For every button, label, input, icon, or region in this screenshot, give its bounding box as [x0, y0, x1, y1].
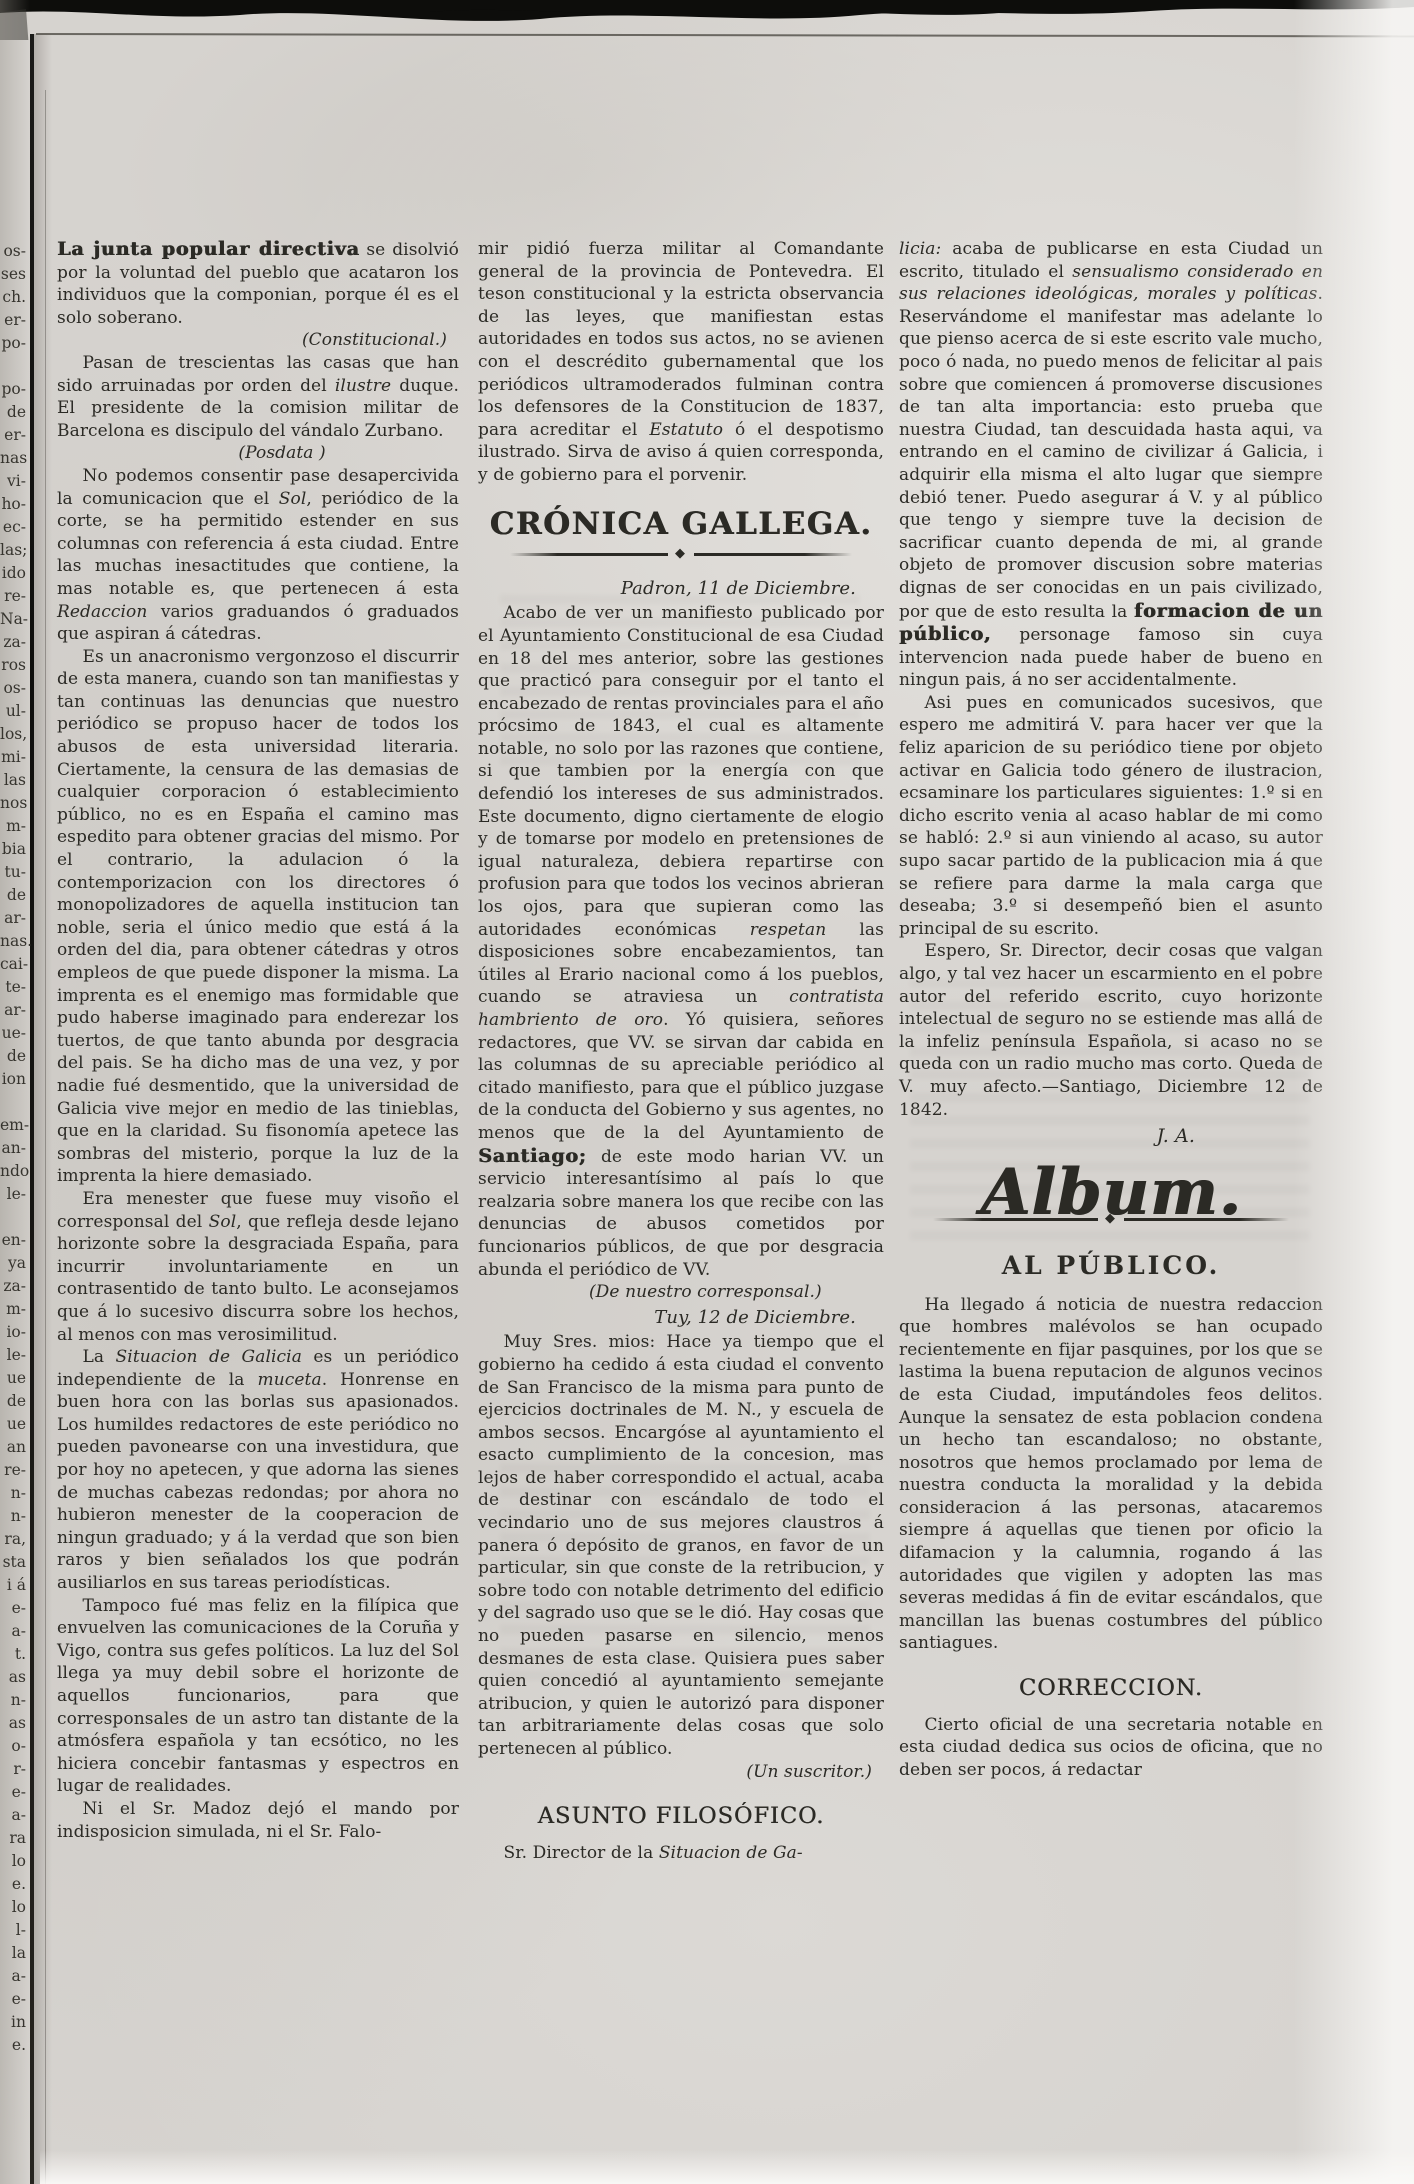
cut-off-text-fragment: io- — [0, 1321, 26, 1344]
cut-off-text-fragment: vi- — [0, 470, 26, 493]
cut-off-text-fragment: re- — [0, 1459, 26, 1482]
cut-off-text-fragment: m- — [0, 815, 26, 838]
cut-off-text-fragment: nos — [0, 792, 26, 815]
cut-off-text-fragment: ar- — [0, 907, 26, 930]
cut-off-text-fragment: las — [0, 769, 26, 792]
cut-off-text-fragment: po- — [0, 378, 26, 401]
cut-off-text-fragment: en- — [0, 1229, 26, 1252]
cut-off-text-fragment: r- — [0, 1758, 26, 1781]
text-run: La — [83, 1347, 116, 1367]
paragraph: Tampoco fué mas feliz en la filípica que… — [57, 1595, 459, 1798]
cut-off-text-fragment: n- — [0, 1505, 26, 1528]
text-run: Sol — [209, 1212, 237, 1232]
cut-off-text-fragment: bia — [0, 838, 26, 861]
newspaper-page-scan: os-sesch.er-po- po-deer-nasvi-ho-ec-las;… — [0, 0, 1414, 2184]
cut-off-text-fragment: le- — [0, 1183, 26, 1206]
text-run: Muy Sres. mios: Hace ya tiempo que el go… — [478, 1332, 884, 1759]
text-run: respetan — [750, 920, 827, 940]
cut-off-text-fragment: e. — [0, 1873, 26, 1896]
text-run: Es un anacronismo vergonzoso el discurri… — [57, 647, 459, 1187]
paragraph: La Situacion de Galicia es un periódico … — [57, 1346, 459, 1595]
cut-off-text-fragment: mi- — [0, 746, 26, 769]
cut-off-text-fragment: e- — [0, 1988, 26, 2011]
text-run: . Reservándome el manifestar mas adelant… — [899, 284, 1323, 621]
cut-off-text-fragment: ion — [0, 1068, 26, 1091]
cut-off-text-fragment: e. — [0, 2034, 26, 2057]
paragraph: No podemos consentir pase desapercivida … — [57, 465, 459, 646]
text-run: Sr. Director de la — [504, 1843, 659, 1863]
text-run: Ha llegado á noticia de nuestra redaccio… — [899, 1295, 1323, 1654]
cut-off-text-fragment: ul- — [0, 700, 26, 723]
paragraph: Ha llegado á noticia de nuestra redaccio… — [899, 1294, 1323, 1656]
cut-off-text-fragment: er- — [0, 424, 26, 447]
cut-off-text-fragment — [0, 355, 26, 378]
text-run: . Honrense en buen hora con las borlas s… — [57, 1370, 459, 1593]
text-run: licia: — [899, 239, 941, 259]
cut-off-text-fragment: ra — [0, 1827, 26, 1850]
cut-off-text-fragment: ue — [0, 1413, 26, 1436]
column-3: licia: acaba de publicarse en esta Ciuda… — [899, 238, 1323, 1781]
signature: J. A. — [899, 1125, 1323, 1148]
cut-off-text-fragment: an — [0, 1436, 26, 1459]
text-run: mir pidió fuerza militar al Comandante g… — [478, 239, 884, 440]
margin-fragments: os-sesch.er-po- po-deer-nasvi-ho-ec-las;… — [0, 240, 26, 2057]
cut-off-text-fragment: za- — [0, 1275, 26, 1298]
cut-off-text-fragment: cai- — [0, 953, 26, 976]
cut-off-text-fragment: m- — [0, 1298, 26, 1321]
text-run: Santiago; — [478, 1145, 587, 1167]
cut-off-text-fragment: i á — [0, 1574, 26, 1597]
cut-off-text-fragment: za- — [0, 631, 26, 654]
divider-line — [933, 1218, 1098, 1220]
text-run: (De nuestro corresponsal.) — [589, 1282, 822, 1302]
ornament-glyph: ◆ — [1098, 1208, 1124, 1231]
cut-off-text-fragment — [0, 1206, 26, 1229]
attribution: (Posdata ) — [57, 442, 459, 465]
cut-off-text-fragment — [0, 1091, 26, 1114]
text-run: Padron, 11 de Diciembre. — [621, 578, 856, 599]
text-run: Redaccion — [57, 602, 147, 622]
paragraph: Espero, Sr. Director, decir cosas que va… — [899, 940, 1323, 1121]
right-page-edge-highlight — [1294, 0, 1414, 2184]
text-run: Asi pues en comunicados sucesivos, que e… — [899, 693, 1323, 939]
text-run: muceta — [257, 1370, 321, 1390]
paragraph: Era menester que fuese muy visoño el cor… — [57, 1188, 459, 1346]
cut-off-text-fragment: ndo — [0, 1160, 26, 1183]
cut-off-text-fragment: os- — [0, 677, 26, 700]
cut-off-text-fragment: as — [0, 1666, 26, 1689]
paragraph: Sr. Director de la Situacion de Ga- — [478, 1842, 884, 1865]
cut-off-text-fragment: ue — [0, 1367, 26, 1390]
cut-off-text-fragment: Na- — [0, 608, 26, 631]
text-run: ilustre — [335, 376, 391, 396]
text-run: J. A. — [1157, 1125, 1195, 1147]
cut-off-text-fragment: de — [0, 1390, 26, 1413]
text-run: Ni el Sr. Madoz dejó el mando por indisp… — [57, 1799, 459, 1842]
cut-off-text-fragment: ch. — [0, 286, 26, 309]
binding-spine-shadow — [34, 34, 52, 2184]
paragraph: Cierto oficial de una secretaria notable… — [899, 1714, 1323, 1782]
text-run: (Un suscritor.) — [746, 1762, 872, 1782]
attribution: (Constitucional.) — [57, 329, 459, 352]
cut-off-text-fragment: lo — [0, 1850, 26, 1873]
cut-off-text-fragment: l- — [0, 1919, 26, 1942]
text-run: Cierto oficial de una secretaria notable… — [899, 1715, 1323, 1780]
cut-off-text-fragment: po- — [0, 332, 26, 355]
cut-off-text-fragment: te- — [0, 976, 26, 999]
cut-off-text-fragment: ra, — [0, 1528, 26, 1551]
cut-off-text-fragment: a- — [0, 1965, 26, 1988]
paragraph: Asi pues en comunicados sucesivos, que e… — [899, 692, 1323, 941]
cut-off-text-fragment: n- — [0, 1689, 26, 1712]
cut-off-text-fragment: ya — [0, 1252, 26, 1275]
cut-off-text-fragment: e- — [0, 1597, 26, 1620]
text-run: Tuy, 12 de Diciembre. — [654, 1307, 856, 1328]
text-run: Situacion de Galicia — [116, 1347, 302, 1367]
binding-spine-line — [30, 34, 34, 2184]
text-run: La junta popular directiva — [57, 238, 360, 260]
cut-off-text-fragment: in — [0, 2011, 26, 2034]
paragraph: licia: acaba de publicarse en esta Ciuda… — [899, 238, 1323, 692]
column-1: La junta popular directiva se disolvió p… — [57, 238, 459, 1843]
ornamental-divider: ◆ — [510, 543, 851, 566]
cut-off-text-fragment: t. — [0, 1643, 26, 1666]
text-run: ASUNTO FILOSÓFICO. — [538, 1803, 825, 1829]
cut-off-text-fragment: ses — [0, 263, 26, 286]
section-heading: CRÓNICA GALLEGA. — [478, 513, 884, 536]
cut-off-text-fragment: ar- — [0, 999, 26, 1022]
cut-off-text-fragment: ho- — [0, 493, 26, 516]
cut-off-text-fragment: le- — [0, 1344, 26, 1367]
cut-off-text-fragment: de — [0, 1045, 26, 1068]
attribution: (Un suscritor.) — [478, 1761, 884, 1784]
text-run: Sol — [279, 489, 307, 509]
cut-off-text-fragment: los, — [0, 723, 26, 746]
ornament-glyph: ◆ — [668, 543, 694, 566]
cut-off-text-fragment: re- — [0, 585, 26, 608]
text-run: (Constitucional.) — [302, 330, 447, 350]
cut-off-text-fragment: lo — [0, 1896, 26, 1919]
cut-off-text-fragment: a- — [0, 1804, 26, 1827]
attribution: (De nuestro corresponsal.) — [478, 1281, 884, 1304]
cut-off-text-fragment: e- — [0, 1781, 26, 1804]
column-2: mir pidió fuerza militar al Comandante g… — [478, 238, 884, 1864]
dateline: Padron, 11 de Diciembre. — [478, 578, 884, 601]
text-run: Situacion de Ga- — [659, 1843, 803, 1863]
text-run: Acabo de ver un manifiesto publicado por… — [478, 603, 884, 939]
cut-off-text-fragment: ros — [0, 654, 26, 677]
subsection-heading: CORRECCION. — [899, 1677, 1323, 1700]
paragraph: Es un anacronismo vergonzoso el discurri… — [57, 646, 459, 1188]
cut-off-text-fragment: nas. — [0, 930, 26, 953]
paragraph: mir pidió fuerza militar al Comandante g… — [478, 238, 884, 487]
text-run: (Posdata ) — [238, 443, 325, 463]
divider-line — [510, 553, 668, 555]
album-masthead: Album. — [899, 1182, 1323, 1205]
cut-off-text-fragment: os- — [0, 240, 26, 263]
paragraph: Muy Sres. mios: Hace ya tiempo que el go… — [478, 1331, 884, 1760]
cut-off-text-fragment: sta — [0, 1551, 26, 1574]
cut-off-text-fragment: an- — [0, 1137, 26, 1160]
cut-off-text-fragment: as — [0, 1712, 26, 1735]
cut-off-text-fragment: er- — [0, 309, 26, 332]
bottom-page-edge-highlight — [40, 2150, 1414, 2184]
cut-off-text-fragment: a- — [0, 1620, 26, 1643]
cut-off-text-fragment: n- — [0, 1482, 26, 1505]
cut-off-text-fragment: la — [0, 1942, 26, 1965]
cut-off-text-fragment: de — [0, 884, 26, 907]
text-run: CORRECCION. — [1019, 1675, 1203, 1701]
divider-line — [694, 553, 852, 555]
text-run: Estatuto — [649, 420, 723, 440]
cut-off-text-fragment: ido — [0, 562, 26, 585]
cut-off-text-fragment: las; — [0, 539, 26, 562]
cut-off-text-fragment: ue- — [0, 1022, 26, 1045]
cut-off-text-fragment: o- — [0, 1735, 26, 1758]
text-run: AL PÚBLICO. — [1002, 1251, 1221, 1280]
subsection-heading: ASUNTO FILOSÓFICO. — [478, 1805, 884, 1828]
text-run: Espero, Sr. Director, decir cosas que va… — [899, 941, 1323, 1119]
divider-line — [1124, 1218, 1289, 1220]
binding-crease-line — [45, 90, 46, 2184]
paragraph: Acabo de ver un manifiesto publicado por… — [478, 602, 884, 1281]
paragraph: La junta popular directiva se disolvió p… — [57, 238, 459, 329]
cut-off-text-fragment: tu- — [0, 861, 26, 884]
article-heading: AL PÚBLICO. — [899, 1255, 1323, 1278]
text-run: CRÓNICA GALLEGA. — [490, 506, 873, 542]
cut-off-text-fragment: em- — [0, 1114, 26, 1137]
dateline: Tuy, 12 de Diciembre. — [478, 1307, 884, 1330]
cut-off-text-fragment: de — [0, 401, 26, 424]
cut-off-text-fragment: nas — [0, 447, 26, 470]
paragraph: Ni el Sr. Madoz dejó el mando por indisp… — [57, 1798, 459, 1843]
cut-off-text-fragment: ec- — [0, 516, 26, 539]
paragraph: Pasan de trescientas las casas que han s… — [57, 352, 459, 442]
text-run: Tampoco fué mas feliz en la filípica que… — [57, 1596, 459, 1797]
